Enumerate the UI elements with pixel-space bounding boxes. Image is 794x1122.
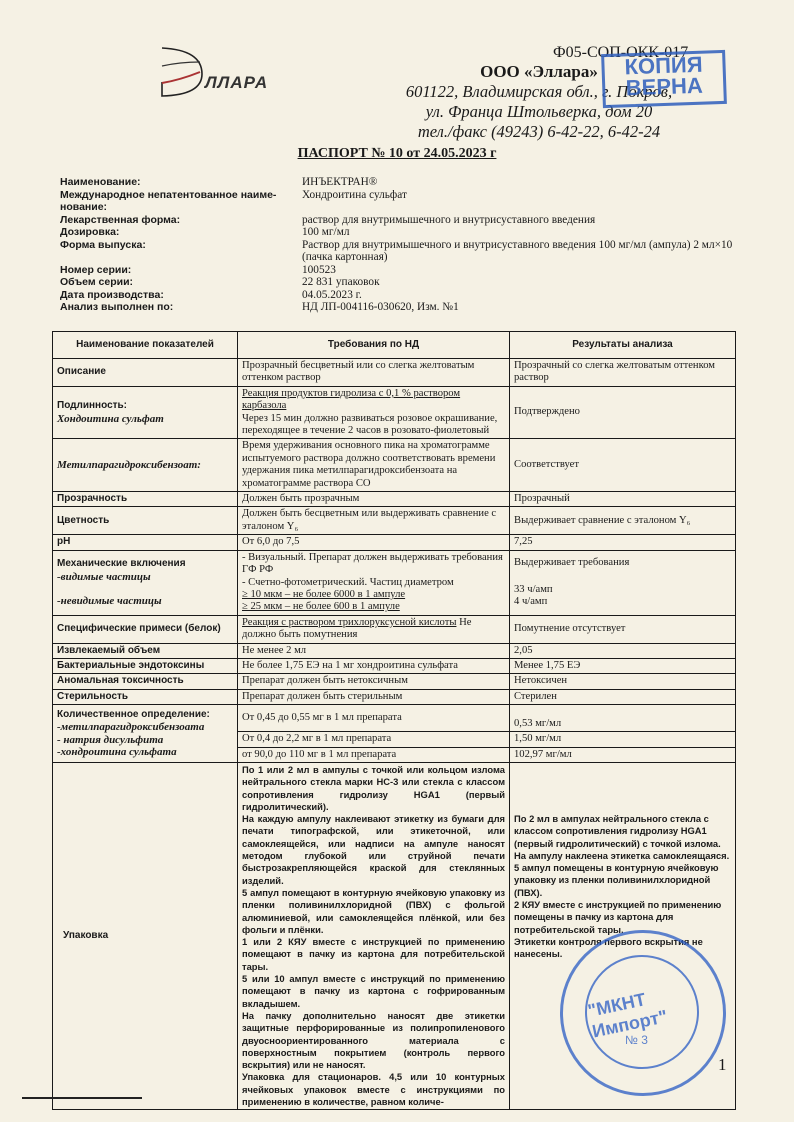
document-title: ПАСПОРТ № 10 от 24.05.2023 г — [0, 146, 794, 162]
row-name: Подлинность: Хондоитина сульфат — [53, 386, 238, 439]
meta-value: ИНЪЕКТРАН® — [302, 176, 740, 189]
copy-verified-stamp: КОПИЯ ВЕРНА — [601, 50, 727, 108]
meta-row: Анализ выполнен по:НД ЛП-004116-030620, … — [60, 301, 740, 314]
table-row: Количественное определение: -метилпараги… — [53, 705, 736, 732]
row-requirement: Препарат должен быть стерильным — [238, 689, 510, 704]
requirement-text: ≥ 25 мкм – не более 600 в 1 ампуле — [242, 601, 505, 613]
row-name: Аномальная токсичность — [53, 674, 238, 689]
table-row: Цветность Должен быть бесцветным или выд… — [53, 507, 736, 535]
table-row: Метилпарагидроксибензоат: Время удержива… — [53, 439, 736, 492]
meta-label: Лекарственная форма: — [60, 214, 302, 227]
table-row: Стерильность Препарат должен быть стерил… — [53, 689, 736, 704]
meta-row: Дата производства:04.05.2023 г. — [60, 289, 740, 302]
row-name: Описание — [53, 359, 238, 387]
stamp-line-2: ВЕРНА — [605, 74, 724, 99]
requirement-text: Через 15 мин должно развиваться розовое … — [242, 413, 505, 438]
row-requirement: От 6,0 до 7,5 — [238, 535, 510, 550]
row-result: Помутнение отсутствует — [510, 615, 736, 643]
row-result: Стерилен — [510, 689, 736, 704]
table-row: Описание Прозрачный бесцветный или со сл… — [53, 359, 736, 387]
requirement-method: Реакция продуктов гидролиза с 0,1 % раст… — [242, 388, 505, 413]
row-subname: -невидимые частицы — [57, 595, 233, 607]
row-subname: -видимые частицы — [57, 571, 233, 583]
row-result: 7,25 — [510, 535, 736, 550]
row-requirement: от 90,0 до 110 мг в 1 мл препарата — [238, 747, 510, 762]
row-result: Соответствует — [510, 439, 736, 492]
meta-label: Дата производства: — [60, 289, 302, 302]
meta-label: Наименование: — [60, 176, 302, 189]
meta-value: 100 мг/мл — [302, 226, 740, 239]
table-row: Специфические примеси (белок) Реакция с … — [53, 615, 736, 643]
table-row: Подлинность: Хондоитина сульфат Реакция … — [53, 386, 736, 439]
row-name: Цветность — [53, 507, 238, 535]
row-requirement: Реакция с раствором трихлоруксусной кисл… — [238, 615, 510, 643]
row-subname: -хондроитина сульфата — [57, 746, 233, 758]
row-result: Прозрачный со слегка желтоватым оттенком… — [510, 359, 736, 387]
requirement-text: На каждую ампулу наклеивают этикетку из … — [242, 813, 505, 887]
row-result: 102,97 мг/мл — [510, 747, 736, 762]
table-row: pH От 6,0 до 7,5 7,25 — [53, 535, 736, 550]
meta-row: Номер серии:100523 — [60, 264, 740, 277]
row-result: Выдерживает сравнение с эталоном Y₆ — [510, 507, 736, 535]
meta-label: Объем серии: — [60, 276, 302, 289]
requirement-text: На пачку дополнительно наносят две этике… — [242, 1010, 505, 1071]
row-result: Прозрачный — [510, 492, 736, 507]
row-name-label: Механические включения — [57, 558, 233, 570]
row-name: Упаковка — [53, 762, 238, 1109]
result-text: 4 ч/амп — [514, 596, 731, 608]
row-result: Менее 1,75 ЕЭ — [510, 658, 736, 673]
company-seal-stamp: "МКНТ Импорт" № 3 — [560, 930, 726, 1096]
row-requirement: - Визуальный. Препарат должен выдерживат… — [238, 550, 510, 615]
meta-row: Лекарственная форма:раствор для внутримы… — [60, 214, 740, 227]
result-text: 2 КЯУ вместе с инструкцией по применению… — [514, 899, 731, 936]
row-name-label: Количественное определение: — [57, 709, 233, 721]
table-row: Аномальная токсичность Препарат должен б… — [53, 674, 736, 689]
meta-label: Международное непатентованное наиме-нова… — [60, 189, 302, 214]
row-result: 1,50 мг/мл — [510, 732, 736, 747]
row-requirement: От 0,45 до 0,55 мг в 1 мл препарата — [238, 705, 510, 732]
row-name: Извлекаемый объем — [53, 643, 238, 658]
row-requirement: Время удерживания основного пика на хром… — [238, 439, 510, 492]
header-requirements: Требования по НД — [238, 332, 510, 359]
row-subname: Метилпарагидроксибензоат: — [57, 459, 233, 471]
table-header-row: Наименование показателей Требования по Н… — [53, 332, 736, 359]
requirement-text: Упаковка для стационаров. 4,5 или 10 кон… — [242, 1071, 505, 1108]
row-result: Выдерживает требования 33 ч/амп 4 ч/амп — [510, 550, 736, 615]
result-text: 5 ампул помещены в контурную ячейковую у… — [514, 862, 731, 899]
result-text: 33 ч/амп — [514, 584, 731, 596]
result-text: По 2 мл в ампулах нейтрального стекла с … — [514, 813, 731, 850]
row-name-label: Подлинность: — [57, 400, 233, 412]
requirement-text: По 1 или 2 мл в ампулы с точкой или коль… — [242, 764, 505, 813]
table-row: Прозрачность Должен быть прозрачным Проз… — [53, 492, 736, 507]
row-subname: Хондоитина сульфат — [57, 413, 233, 425]
row-requirement: Должен быть бесцветным или выдерживать с… — [238, 507, 510, 535]
row-requirement: Не более 1,75 ЕЭ на 1 мг хондроитина сул… — [238, 658, 510, 673]
meta-row: Международное непатентованное наиме-нова… — [60, 189, 740, 214]
requirement-text: 1 или 2 КЯУ вместе с инструкцией по прим… — [242, 936, 505, 973]
meta-value: Раствор для внутримышечного и внутрисуст… — [302, 239, 740, 264]
meta-label: Форма выпуска: — [60, 239, 302, 264]
meta-label: Дозировка: — [60, 226, 302, 239]
row-result: 0,53 мг/мл — [510, 705, 736, 732]
meta-value: 100523 — [302, 264, 740, 277]
row-name: Механические включения -видимые частицы … — [53, 550, 238, 615]
meta-row: Форма выпуска:Раствор для внутримышечног… — [60, 239, 740, 264]
row-name: pH — [53, 535, 238, 550]
meta-label: Номер серии: — [60, 264, 302, 277]
row-subname: - натрия дисульфита — [57, 734, 233, 746]
seal-number: № 3 — [625, 1033, 648, 1047]
product-metadata: Наименование:ИНЪЕКТРАН® Международное не… — [60, 176, 740, 314]
row-requirement: По 1 или 2 мл в ампулы с точкой или коль… — [238, 762, 510, 1109]
requirement-text: ≥ 10 мкм – не более 6000 в 1 ампуле — [242, 589, 505, 601]
row-name: Бактериальные эндотоксины — [53, 658, 238, 673]
row-requirement: Препарат должен быть нетоксичным — [238, 674, 510, 689]
result-text: На ампулу наклеена этикетка самоклеящаяс… — [514, 850, 731, 862]
meta-row: Наименование:ИНЪЕКТРАН® — [60, 176, 740, 189]
row-result: 2,05 — [510, 643, 736, 658]
row-name: Прозрачность — [53, 492, 238, 507]
header-indicator: Наименование показателей — [53, 332, 238, 359]
meta-value: НД ЛП-004116-030620, Изм. №1 — [302, 301, 740, 314]
requirement-text: - Визуальный. Препарат должен выдерживат… — [242, 552, 505, 577]
footer-line — [22, 1097, 142, 1099]
meta-value: раствор для внутримышечного и внутрисуст… — [302, 214, 740, 227]
header-results: Результаты анализа — [510, 332, 736, 359]
meta-row: Дозировка:100 мг/мл — [60, 226, 740, 239]
row-requirement: Прозрачный бесцветный или со слегка желт… — [238, 359, 510, 387]
logo-text: ЛЛАРА — [205, 73, 268, 93]
requirement-text: 5 или 10 ампул вместе с инструкций по пр… — [242, 973, 505, 1010]
table-row: Механические включения -видимые частицы … — [53, 550, 736, 615]
page-number: 1 — [718, 1055, 727, 1075]
row-name: Метилпарагидроксибензоат: — [53, 439, 238, 492]
requirement-text: 5 ампул помещают в контурную ячейковую у… — [242, 887, 505, 936]
meta-value: 22 831 упаковок — [302, 276, 740, 289]
requirement-method: Реакция с раствором трихлоруксусной кисл… — [242, 617, 456, 628]
result-text: Выдерживает требования — [514, 557, 731, 569]
table-row: Бактериальные эндотоксины Не более 1,75 … — [53, 658, 736, 673]
row-name: Количественное определение: -метилпараги… — [53, 705, 238, 763]
row-requirement: Должен быть прозрачным — [238, 492, 510, 507]
meta-label: Анализ выполнен по: — [60, 301, 302, 314]
row-result: Подтверждено — [510, 386, 736, 439]
row-requirement: Реакция продуктов гидролиза с 0,1 % раст… — [238, 386, 510, 439]
row-result: Нетоксичен — [510, 674, 736, 689]
table-row: Извлекаемый объем Не менее 2 мл 2,05 — [53, 643, 736, 658]
meta-value: 04.05.2023 г. — [302, 289, 740, 302]
meta-value: Хондроитина сульфат — [302, 189, 740, 214]
row-requirement: От 0,4 до 2,2 мг в 1 мл препарата — [238, 732, 510, 747]
requirement-text: - Счетно-фотометрический. Частиц диаметр… — [242, 577, 505, 589]
row-requirement: Не менее 2 мл — [238, 643, 510, 658]
phone: тел./факс (49243) 6-42-22, 6-42-24 — [404, 122, 674, 142]
row-name: Стерильность — [53, 689, 238, 704]
row-name: Специфические примеси (белок) — [53, 615, 238, 643]
meta-row: Объем серии:22 831 упаковок — [60, 276, 740, 289]
row-subname: -метилпарагидроксибензоата — [57, 721, 233, 733]
